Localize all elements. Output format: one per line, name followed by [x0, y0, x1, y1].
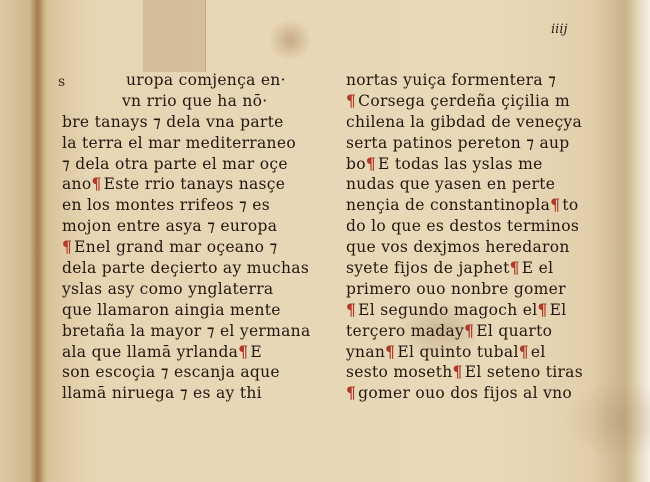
rubric-pilcrow-icon: ¶: [91, 174, 101, 195]
rubric-pilcrow-icon: ¶: [464, 321, 474, 342]
right-text-column: nortas yuiça formentera ⁊¶Corsega çerdeñ…: [346, 70, 596, 404]
rubric-pilcrow-icon: ¶: [346, 91, 356, 112]
line-text: yslas asy como ynglaterra: [62, 280, 273, 298]
text-line: son escoçia ⁊ escanja aque: [62, 362, 312, 383]
line-text: ⁊ dela otra parte el mar oçe: [62, 155, 288, 173]
line-text: E: [250, 343, 262, 361]
text-line: ala que llamā yrlanda ¶E: [62, 342, 312, 363]
text-line: ynan ¶El quinto tubal ¶el: [346, 342, 596, 363]
line-text: El: [550, 301, 567, 319]
line-text: E el: [522, 259, 554, 277]
rubric-pilcrow-icon: ¶: [550, 195, 560, 216]
text-line: ¶Corsega çerdeña çiçilia m: [346, 91, 596, 112]
left-text-column: uropa comjença en·vn rrio que ha nō·bre …: [62, 70, 312, 404]
line-text: nortas yuiça formentera ⁊: [346, 71, 556, 89]
line-text: syete fijos de japhet: [346, 259, 510, 277]
text-line: nortas yuiça formentera ⁊: [346, 70, 596, 91]
rubric-pilcrow-icon: ¶: [385, 342, 395, 363]
text-line: syete fijos de japhet ¶E el: [346, 258, 596, 279]
text-line: ¶Enel grand mar oçeano ⁊: [62, 237, 312, 258]
text-line: ¶gomer ouo dos fijos al vno: [346, 383, 596, 404]
line-text: la terra el mar mediterraneo: [62, 134, 296, 152]
line-text: dela parte deçierto ay muchas: [62, 259, 309, 277]
line-text: ynan: [346, 343, 385, 361]
line-text: en los montes rrifeos ⁊ es: [62, 196, 270, 214]
text-line: do lo que es destos terminos: [346, 216, 596, 237]
line-text: El seteno tiras: [465, 363, 583, 381]
line-text: Corsega çerdeña çiçilia m: [358, 92, 570, 110]
rubric-pilcrow-icon: ¶: [62, 237, 72, 258]
rubric-pilcrow-icon: ¶: [366, 154, 376, 175]
text-line: mojon entre asya ⁊ europa: [62, 216, 312, 237]
line-text: nençia de constantinopla: [346, 196, 550, 214]
text-line: sesto moseth ¶El seteno tiras: [346, 362, 596, 383]
line-text: bre tanays ⁊ dela vna parte: [62, 113, 284, 131]
line-text: sesto moseth: [346, 363, 453, 381]
text-line: nençia de constantinopla ¶to: [346, 195, 596, 216]
rubric-pilcrow-icon: ¶: [238, 342, 248, 363]
rubric-pilcrow-icon: ¶: [346, 300, 356, 321]
line-text: llamā niruega ⁊ es ay thi: [62, 384, 262, 402]
line-text: son escoçia ⁊ escanja aque: [62, 363, 280, 381]
line-text: El quinto tubal: [397, 343, 518, 361]
rubric-pilcrow-icon: ¶: [453, 362, 463, 383]
line-text: serta patinos pereton ⁊ aup: [346, 134, 570, 152]
line-text: gomer ouo dos fijos al vno: [358, 384, 572, 402]
text-line: que llamaron aingia mente: [62, 300, 312, 321]
rubric-pilcrow-icon: ¶: [537, 300, 547, 321]
line-text: que vos dexjmos heredaron: [346, 238, 570, 256]
line-text: primero ouo nonbre gomer: [346, 280, 566, 298]
text-line: vn rrio que ha nō·: [62, 91, 312, 112]
text-line: ¶El segundo magoch el ¶El: [346, 300, 596, 321]
binding-stain: [30, 0, 44, 482]
line-text: El segundo magoch el: [358, 301, 537, 319]
line-text: El quarto: [476, 322, 552, 340]
line-text: terçero maday: [346, 322, 464, 340]
text-line: terçero maday ¶El quarto: [346, 321, 596, 342]
text-line: ano ¶Este rrio tanays nasçe: [62, 174, 312, 195]
line-text: E todas las yslas me: [378, 155, 543, 173]
text-line: llamā niruega ⁊ es ay thi: [62, 383, 312, 404]
text-line: yslas asy como ynglaterra: [62, 279, 312, 300]
line-text: el: [531, 343, 546, 361]
text-line: dela parte deçierto ay muchas: [62, 258, 312, 279]
text-line: nudas que yasen en perte: [346, 174, 596, 195]
line-text: bo: [346, 155, 366, 173]
line-text: bretaña la mayor ⁊ el yermana: [62, 322, 311, 340]
line-text: mojon entre asya ⁊ europa: [62, 217, 277, 235]
line-text: nudas que yasen en perte: [346, 175, 555, 193]
text-line: bretaña la mayor ⁊ el yermana: [62, 321, 312, 342]
folio-number: iiij: [551, 22, 568, 37]
text-line: bre tanays ⁊ dela vna parte: [62, 112, 312, 133]
text-line: ⁊ dela otra parte el mar oçe: [62, 154, 312, 175]
rubric-pilcrow-icon: ¶: [346, 383, 356, 404]
line-text: chilena la gibdad de veneçya: [346, 113, 582, 131]
line-text: Enel grand mar oçeano ⁊: [74, 238, 277, 256]
text-line: la terra el mar mediterraneo: [62, 133, 312, 154]
line-text: que llamaron aingia mente: [62, 301, 281, 319]
line-text: ano: [62, 175, 91, 193]
text-line: primero ouo nonbre gomer: [346, 279, 596, 300]
line-text: ala que llamā yrlanda: [62, 343, 238, 361]
line-text: Este rrio tanays nasçe: [104, 175, 286, 193]
line-text: do lo que es destos terminos: [346, 217, 579, 235]
line-text: uropa comjença en·: [126, 71, 286, 89]
text-line: que vos dexjmos heredaron: [346, 237, 596, 258]
text-line: uropa comjença en·: [62, 70, 312, 91]
line-text: to: [562, 196, 578, 214]
line-text: vn rrio que ha nō·: [122, 92, 268, 110]
text-line: bo ¶E todas las yslas me: [346, 154, 596, 175]
repair-patch: [143, 0, 206, 72]
manuscript-page: iiij s uropa comjença en·vn rrio que ha …: [0, 0, 650, 482]
rubric-pilcrow-icon: ¶: [510, 258, 520, 279]
text-line: en los montes rrifeos ⁊ es: [62, 195, 312, 216]
text-line: chilena la gibdad de veneçya: [346, 112, 596, 133]
rubric-pilcrow-icon: ¶: [519, 342, 529, 363]
text-line: serta patinos pereton ⁊ aup: [346, 133, 596, 154]
